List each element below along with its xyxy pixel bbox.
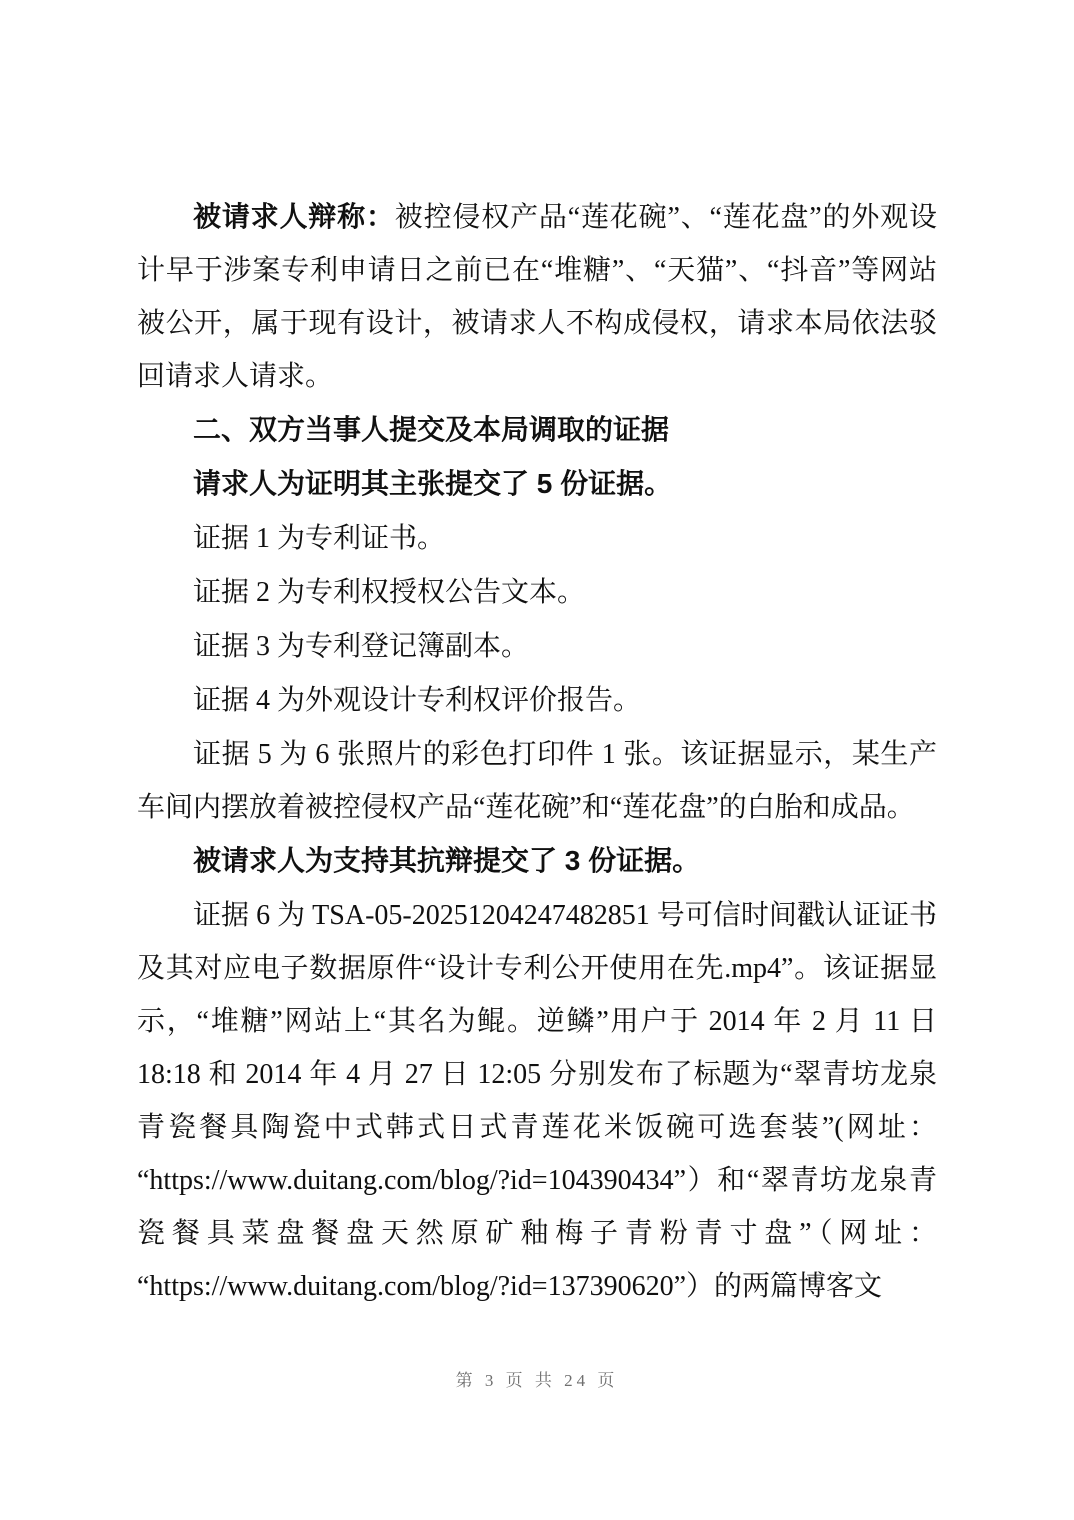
page-number: 第 3 页 共 24 页 <box>456 1371 619 1390</box>
page-footer: 第 3 页 共 24 页 <box>0 1366 1074 1391</box>
evidence-2-text: 证据 2 为专利权授权公告文本。 <box>193 577 585 608</box>
paragraph-evidence-1: 证据 1 为专利证书。 <box>137 511 937 565</box>
paragraph-evidence-6: 证据 6 为 TSA-05-20251204247482851 号可信时间戳认证… <box>137 888 937 1313</box>
document-page: 被请求人辩称：被控侵权产品“莲花碗”、“莲花盘”的外观设计早于涉案专利申请日之前… <box>0 0 1074 1520</box>
heading-section-two-label: 二、双方当事人提交及本局调取的证据 <box>193 414 669 445</box>
document-body: 被请求人辩称：被控侵权产品“莲花碗”、“莲花盘”的外观设计早于涉案专利申请日之前… <box>137 190 937 1313</box>
evidence-6-text: 证据 6 为 TSA-05-20251204247482851 号可信时间戳认证… <box>137 900 937 1302</box>
respondent-defense-label: 被请求人辩称： <box>193 201 395 232</box>
paragraph-claimant-evidence-intro: 请求人为证明其主张提交了 5 份证据。 <box>137 457 937 511</box>
evidence-3-text: 证据 3 为专利登记簿副本。 <box>193 631 529 662</box>
evidence-1-text: 证据 1 为专利证书。 <box>193 523 445 554</box>
heading-section-two: 二、双方当事人提交及本局调取的证据 <box>137 403 937 457</box>
paragraph-evidence-3: 证据 3 为专利登记簿副本。 <box>137 619 937 673</box>
evidence-4-text: 证据 4 为外观设计专利权评价报告。 <box>193 685 641 716</box>
claimant-evidence-intro-label: 请求人为证明其主张提交了 5 份证据。 <box>193 468 672 499</box>
evidence-5-text: 证据 5 为 6 张照片的彩色打印件 1 张。该证据显示，某生产车间内摆放着被控… <box>137 739 937 823</box>
respondent-evidence-intro-label: 被请求人为支持其抗辩提交了 3 份证据。 <box>193 845 700 876</box>
paragraph-evidence-5: 证据 5 为 6 张照片的彩色打印件 1 张。该证据显示，某生产车间内摆放着被控… <box>137 727 937 834</box>
paragraph-evidence-4: 证据 4 为外观设计专利权评价报告。 <box>137 673 937 727</box>
paragraph-respondent-defense: 被请求人辩称：被控侵权产品“莲花碗”、“莲花盘”的外观设计早于涉案专利申请日之前… <box>137 190 937 403</box>
paragraph-evidence-2: 证据 2 为专利权授权公告文本。 <box>137 565 937 619</box>
paragraph-respondent-evidence-intro: 被请求人为支持其抗辩提交了 3 份证据。 <box>137 834 937 888</box>
